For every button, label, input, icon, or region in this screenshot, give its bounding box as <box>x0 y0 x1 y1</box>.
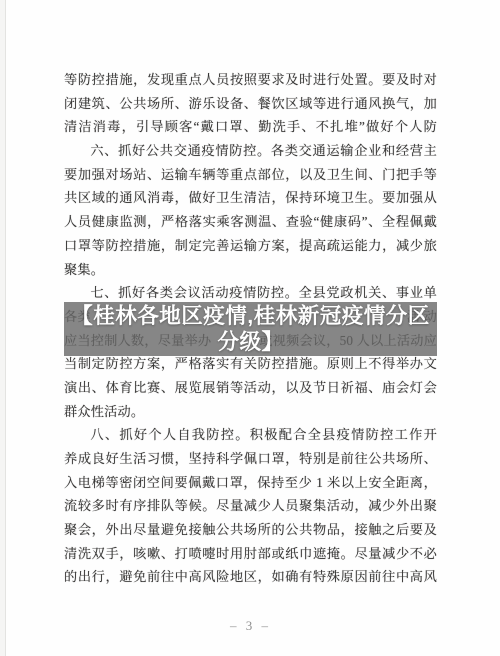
watermark-title-line1: 【桂林各地区疫情,桂林新冠疫情分区 <box>71 303 429 329</box>
document-line: 入电梯等密闭空间要佩戴口罩，保持至少 1 米以上安全距离，客 <box>64 471 437 495</box>
document-line: 演出、体育比赛、展览展销等活动，以及节日祈福、庙会灯会等 <box>64 376 437 400</box>
document-line: 流较多时有序排队等候。尽量减少人员聚集活动，减少外出聚餐、 <box>64 494 437 518</box>
document-line: 的出行，避免前往中高风险地区，如确有特殊原因前往中高风险 <box>64 565 437 589</box>
document-line: 养成良好生活习惯，坚持科学佩口罩，特别是前往公共场所、进 <box>64 447 437 471</box>
document-line-section-8-heading: 八、抓好个人自我防控。积极配合全县疫情防控工作开展， <box>64 423 437 447</box>
document-line: 聚集。 <box>64 258 437 282</box>
document-line: 口罩等防控措施，制定完善运输方案，提高疏运能力，减少旅客 <box>64 234 437 258</box>
document-line: 清洗双手，咳嗽、打喷嚏时用肘部或纸巾遮掩。尽量减少不必要 <box>64 542 437 566</box>
document-line: 共区域的通风消毒，做好卫生清洁，保持环境卫生。要加强从业 <box>64 186 437 210</box>
watermark-overlay: 【桂林各地区疫情,桂林新冠疫情分区 分级】 <box>64 302 437 356</box>
watermark-title-line2: 分级】 <box>217 329 283 355</box>
page-left-edge-line <box>5 0 6 656</box>
document-line-section-6-heading: 六、抓好公共交通疫情防控。各类交通运输企业和经营主体 <box>64 139 437 163</box>
scanned-document-page: 等防控措施，发现重点人员按照要求及时进行处置。要及时对密 闭建筑、公共场所、游乐… <box>0 0 500 656</box>
document-line: 要加强对场站、运输车辆等重点部位，以及卫生间、门把手等公 <box>64 163 437 187</box>
document-line: 人员健康监测，严格落实乘客测温、查验“健康码”、全程佩戴 <box>64 210 437 234</box>
document-line: 群众性活动。 <box>64 400 437 424</box>
document-line: 闭建筑、公共场所、游乐设备、餐饮区域等进行通风换气，加强 <box>64 92 437 116</box>
document-line: 清洁消毒，引导顾客“戴口罩、勤洗手、不扎堆”做好个人防护。 <box>64 115 437 139</box>
document-line: 聚会，外出尽量避免接触公共场所的公共物品，接触之后要及时 <box>64 518 437 542</box>
document-line: 等防控措施，发现重点人员按照要求及时进行处置。要及时对密 <box>64 68 437 92</box>
page-number: – 3 – <box>64 618 437 634</box>
